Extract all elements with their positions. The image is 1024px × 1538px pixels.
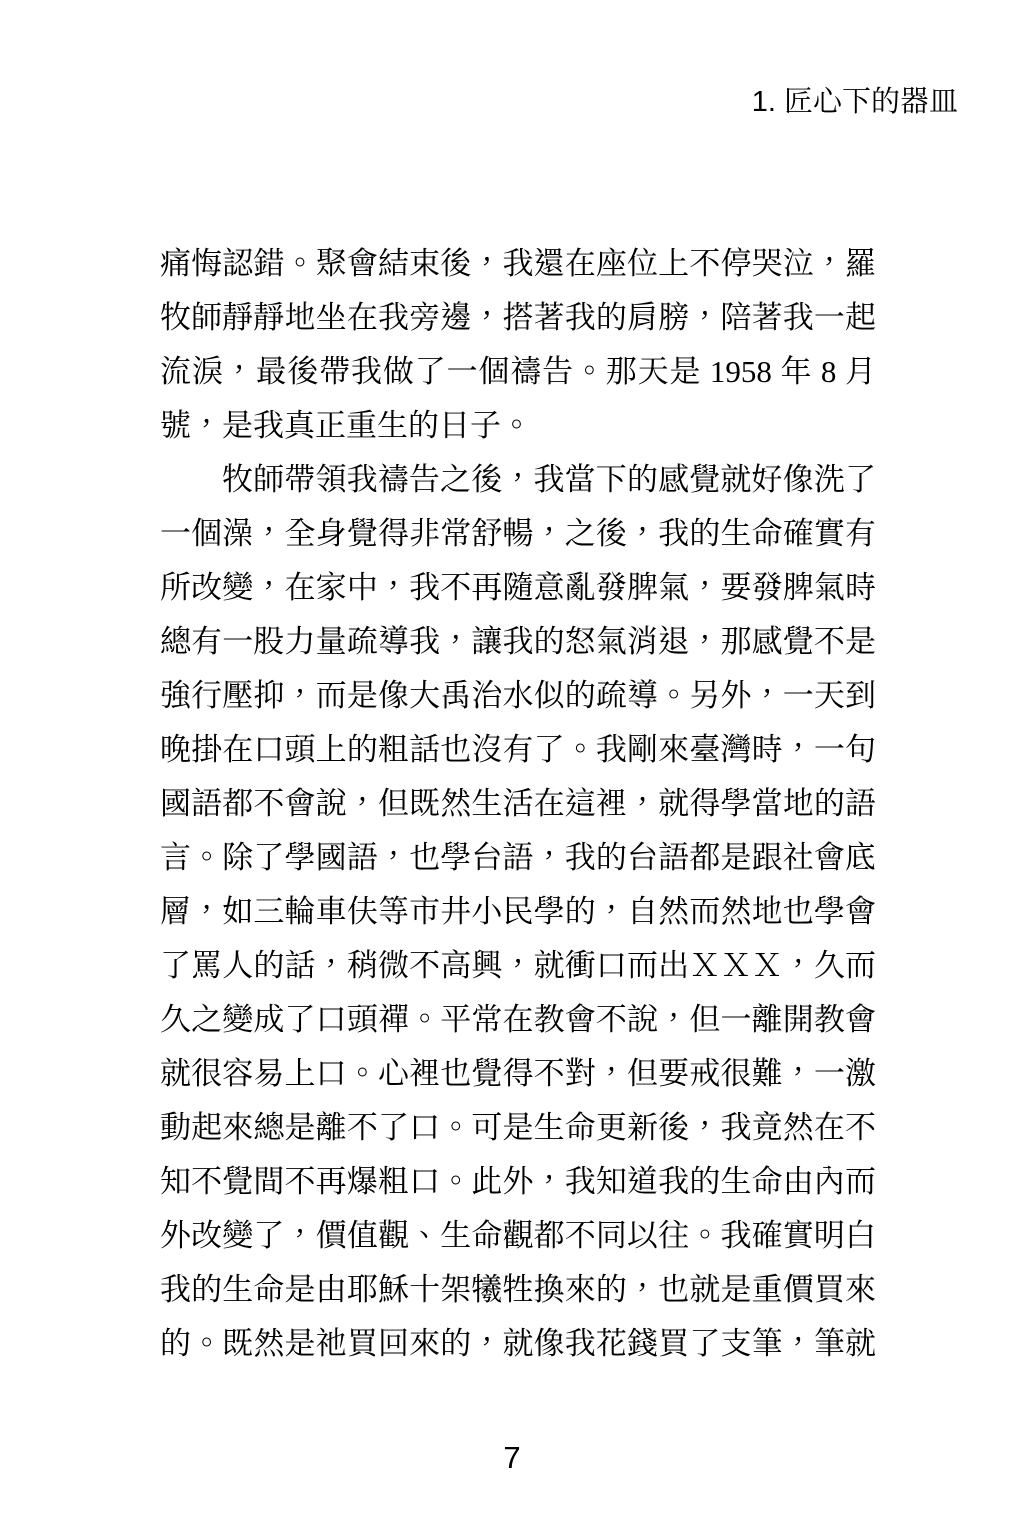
text-line: 動起來總是離不了口。可是生命更新後，我竟然在不 <box>160 1101 876 1155</box>
text-line: 晚掛在口頭上的粗話也沒有了。我剛來臺灣時，一句 <box>160 723 876 777</box>
text-line: 牧師靜靜地坐在我旁邊，搭著我的肩膀，陪著我一起 <box>160 291 876 345</box>
text-line: 流淚，最後帶我做了一個禱告。那天是 1958 年 8 月 7 <box>160 345 876 399</box>
text-line: 痛悔認錯。聚會結束後，我還在座位上不停哭泣，羅 <box>160 237 876 291</box>
text-line: 久之變成了口頭禪。平常在教會不說，但一離開教會 <box>160 993 876 1047</box>
text-line: 就很容易上口。心裡也覺得不對，但要戒很難，一激 <box>160 1047 876 1101</box>
text-line: 外改變了，價值觀、生命觀都不同以往。我確實明白 <box>160 1209 876 1263</box>
text-line: 知不覺間不再爆粗口。此外，我知道我的生命由內而 <box>160 1155 876 1209</box>
text-line: 總有一股力量疏導我，讓我的怒氣消退，那感覺不是 <box>160 615 876 669</box>
text-line: 所改變，在家中，我不再隨意亂發脾氣，要發脾氣時 <box>160 561 876 615</box>
page-footer: 7 <box>0 1441 1024 1475</box>
text-line: 的。既然是祂買回來的，就像我花錢買了支筆，筆就 <box>160 1317 876 1371</box>
text-line: 牧師帶領我禱告之後，我當下的感覺就好像洗了 <box>160 453 876 507</box>
text-line: 言。除了學國語，也學台語，我的台語都是跟社會底 <box>160 831 876 885</box>
text-line: 國語都不會說，但既然生活在這裡，就得學當地的語 <box>160 777 876 831</box>
text-line: 我的生命是由耶穌十架犧牲換來的，也就是重價買來 <box>160 1263 876 1317</box>
text-line: 了罵人的話，稍微不高興，就衝口而出ＸＸＸ，久而 <box>160 939 876 993</box>
running-header: 1. 匠心下的器皿 <box>752 86 958 118</box>
text-line: 層，如三輪車伕等市井小民學的，自然而然地也學會 <box>160 885 876 939</box>
body-text: 痛悔認錯。聚會結束後，我還在座位上不停哭泣，羅 牧師靜靜地坐在我旁邊，搭著我的肩… <box>160 237 876 1371</box>
book-page: 1. 匠心下的器皿 痛悔認錯。聚會結束後，我還在座位上不停哭泣，羅 牧師靜靜地坐… <box>0 0 1024 1538</box>
text-line: 一個澡，全身覺得非常舒暢，之後，我的生命確實有 <box>160 507 876 561</box>
text-line: 號，是我真正重生的日子。 <box>160 399 876 453</box>
chapter-title: 1. 匠心下的器皿 <box>752 86 958 118</box>
text-line: 強行壓抑，而是像大禹治水似的疏導。另外，一天到 <box>160 669 876 723</box>
page-number: 7 <box>503 1440 520 1475</box>
